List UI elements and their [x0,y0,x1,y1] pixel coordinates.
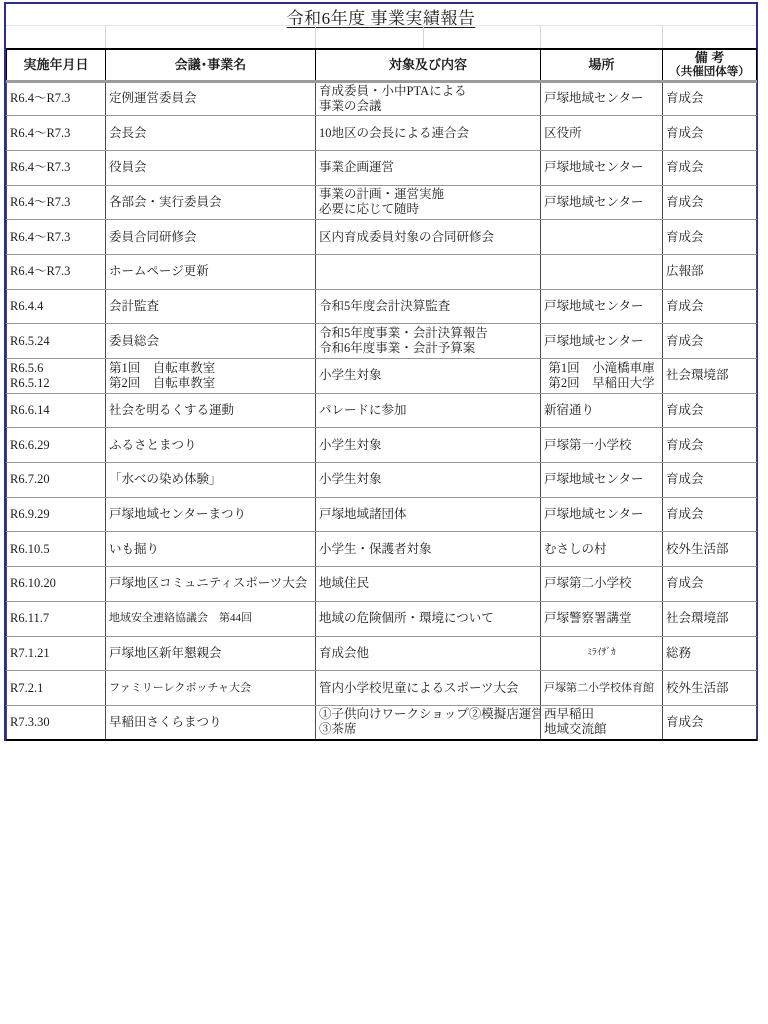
cell-line: 委員総会 [109,334,312,349]
spacer-row [6,25,756,48]
cell-name: 委員総会 [106,324,316,359]
table-row: R7.3.30早稲田さくらまつり①子供向けワークショップ②模擬店運営③茶席西早稲… [7,705,757,740]
cell-date: R6.6.29 [7,428,106,463]
cell-line: 育成会 [666,438,753,453]
cell-line: 令和6年度事業・会計予算案 [319,341,537,356]
cell-line: 新宿通り [544,403,659,418]
table-body: R6.4～R7.3定例運営委員会育成委員・小中PTAによる事業の会議戸塚地域セン… [7,81,757,740]
cell-line: むさしの村 [544,542,659,557]
table-row: R6.10.5いも掘り小学生・保護者対象むさしの村校外生活部 [7,532,757,567]
cell-line: 第1回 小滝橋車庫 [544,361,659,376]
table-row: R7.2.1ファミリーレクボッチャ大会管内小学校児童によるスポーツ大会戸塚第二小… [7,671,757,706]
cell-remarks: 育成会 [663,150,757,185]
cell-remarks: 校外生活部 [663,532,757,567]
cell-line: 戸塚地域センターまつり [109,507,312,522]
cell-remarks: 育成会 [663,428,757,463]
cell-line: 各部会・実行委員会 [109,195,312,210]
cell-line: 地域の危険個所・環境について [319,611,537,626]
header-place: 場所 [541,49,663,81]
cell-line: 社会環境部 [666,611,753,626]
cell-line: 育成会他 [319,646,537,661]
cell-line: R6.4.4 [10,299,102,314]
cell-line: 戸塚地域センター [544,91,659,106]
cell-date: R6.4～R7.3 [7,116,106,151]
cell-content: 小学生対象 [316,463,541,498]
cell-line: 会長会 [109,126,312,141]
cell-content: 戸塚地域諸団体 [316,497,541,532]
header-date: 実施年月日 [7,49,106,81]
cell-line: 戸塚警察署講堂 [544,611,659,626]
cell-remarks: 育成会 [663,463,757,498]
cell-line: 定例運営委員会 [109,91,312,106]
table-row: R6.4～R7.3各部会・実行委員会事業の計画・運営実施必要に応じて随時戸塚地域… [7,185,757,220]
cell-line: 育成会 [666,160,753,175]
cell-line: ふるさとまつり [109,438,312,453]
cell-place: 戸塚第二小学校体育館 [541,671,663,706]
cell-name: 第1回 自転車教室第2回 自転車教室 [106,359,316,394]
cell-line: 育成会 [666,507,753,522]
cell-content: 10地区の会長による連合会 [316,116,541,151]
cell-remarks: 総務 [663,636,757,671]
cell-line: R7.1.21 [10,646,102,661]
cell-line: ﾐﾗｲｻﾞｶ [544,646,659,661]
table-row: R6.4～R7.3定例運営委員会育成委員・小中PTAによる事業の会議戸塚地域セン… [7,81,757,116]
cell-line: 育成会 [666,126,753,141]
cell-line: R6.4～R7.3 [10,230,102,245]
cell-date: R6.4～R7.3 [7,185,106,220]
cell-line: ファミリーレクボッチャ大会 [109,681,312,696]
cell-name: 戸塚地域センターまつり [106,497,316,532]
cell-line: ③茶席 [319,722,537,737]
cell-place: 区役所 [541,116,663,151]
cell-place: 戸塚地域センター [541,324,663,359]
cell-line: R6.4～R7.3 [10,195,102,210]
cell-line: R6.5.6 [10,361,102,376]
cell-content [316,254,541,289]
cell-place: 戸塚地域センター [541,497,663,532]
cell-line: R6.10.5 [10,542,102,557]
cell-line: 育成会 [666,472,753,487]
table-row: R6.4～R7.3役員会事業企画運営戸塚地域センター育成会 [7,150,757,185]
cell-remarks: 育成会 [663,497,757,532]
cell-line: 第1回 自転車教室 [109,361,312,376]
cell-line: 早稲田さくらまつり [109,715,312,730]
cell-name: 定例運営委員会 [106,81,316,116]
cell-date: R6.4～R7.3 [7,150,106,185]
cell-line: 区役所 [544,126,659,141]
cell-name: ファミリーレクボッチャ大会 [106,671,316,706]
cell-remarks: 育成会 [663,81,757,116]
cell-date: R6.7.20 [7,463,106,498]
cell-date: R6.10.20 [7,567,106,602]
cell-content: 令和5年度会計決算監査 [316,289,541,324]
cell-remarks: 育成会 [663,324,757,359]
cell-name: 会長会 [106,116,316,151]
cell-content: パレードに参加 [316,393,541,428]
cell-line: 「水べの染め体験」 [109,472,312,487]
cell-line: 令和5年度会計決算監査 [319,299,537,314]
cell-line: 役員会 [109,160,312,175]
cell-line: 戸塚第二小学校 [544,576,659,591]
header-name: 会議･事業名 [106,49,316,81]
cell-name: 社会を明るくする運動 [106,393,316,428]
cell-line: 戸塚第二小学校体育館 [544,681,659,696]
cell-line: いも掘り [109,542,312,557]
table-row: R6.4.4会計監査令和5年度会計決算監査戸塚地域センター育成会 [7,289,757,324]
cell-line: 事業の会議 [319,99,537,114]
cell-line: R6.4～R7.3 [10,126,102,141]
cell-line: 戸塚地域センター [544,299,659,314]
cell-place: 戸塚地域センター [541,81,663,116]
cell-remarks: 社会環境部 [663,359,757,394]
cell-remarks: 校外生活部 [663,671,757,706]
cell-line: 委員合同研修会 [109,230,312,245]
cell-line: 戸塚地域センター [544,195,659,210]
cell-line: 育成会 [666,230,753,245]
cell-place: 戸塚地域センター [541,185,663,220]
cell-line: 必要に応じて随時 [319,202,537,217]
cell-line: 会計監査 [109,299,312,314]
table-row: R6.4～R7.3ホームページ更新広報部 [7,254,757,289]
cell-date: R6.4～R7.3 [7,254,106,289]
cell-name: ふるさとまつり [106,428,316,463]
cell-line: R6.4～R7.3 [10,264,102,279]
cell-line: 戸塚地区コミュニティスポーツ大会 [109,576,312,591]
cell-remarks: 育成会 [663,185,757,220]
cell-date: R6.9.29 [7,497,106,532]
cell-content: 事業企画運営 [316,150,541,185]
cell-line: R6.11.7 [10,611,102,626]
cell-line: 小学生対象 [319,368,537,383]
cell-line: 地域安全連絡協議会 第44回 [109,611,312,626]
cell-line: 戸塚地域センター [544,334,659,349]
cell-remarks: 育成会 [663,289,757,324]
header-remarks-line2: （共催団体等） [663,65,756,79]
cell-content: 地域の危険個所・環境について [316,601,541,636]
cell-content: 小学生対象 [316,428,541,463]
cell-line: R7.3.30 [10,715,102,730]
cell-line: R6.6.29 [10,438,102,453]
cell-content: 事業の計画・運営実施必要に応じて随時 [316,185,541,220]
spacer-grid-line [423,26,424,48]
cell-place [541,220,663,255]
cell-remarks: 育成会 [663,220,757,255]
cell-line: 戸塚地域センター [544,160,659,175]
cell-line: 総務 [666,646,753,661]
spacer-grid-line [662,26,663,48]
cell-line: 育成会 [666,403,753,418]
cell-line: R6.5.24 [10,334,102,349]
cell-line: 校外生活部 [666,681,753,696]
cell-place: 戸塚第二小学校 [541,567,663,602]
cell-line: ホームページ更新 [109,264,312,279]
cell-content: 令和5年度事業・会計決算報告令和6年度事業・会計予算案 [316,324,541,359]
header-remarks: 備 考 （共催団体等） [663,49,757,81]
cell-line: R6.6.14 [10,403,102,418]
cell-place: 戸塚地域センター [541,150,663,185]
cell-name: ホームページ更新 [106,254,316,289]
cell-line: 西早稲田 [544,707,659,722]
cell-line: 戸塚地域センター [544,472,659,487]
cell-content: 地域住民 [316,567,541,602]
cell-line: 広報部 [666,264,753,279]
cell-line: 戸塚地区新年懇親会 [109,646,312,661]
cell-line: 戸塚第一小学校 [544,438,659,453]
spacer-grid-line [315,26,316,48]
cell-line: R6.9.29 [10,507,102,522]
spacer-grid-line [540,26,541,48]
cell-remarks: 広報部 [663,254,757,289]
report-sheet: 令和6年度 事業実績報告 実施年月日 会議･事業名 対象及び内容 場所 備 考 … [4,2,758,741]
table-row: R6.10.20戸塚地区コミュニティスポーツ大会地域住民戸塚第二小学校育成会 [7,567,757,602]
cell-line: 育成会 [666,715,753,730]
table-row: R6.5.24委員総会令和5年度事業・会計決算報告令和6年度事業・会計予算案戸塚… [7,324,757,359]
cell-date: R6.4～R7.3 [7,220,106,255]
cell-line: R6.5.12 [10,376,102,391]
cell-line: 10地区の会長による連合会 [319,126,537,141]
cell-place: ﾐﾗｲｻﾞｶ [541,636,663,671]
cell-date: R7.2.1 [7,671,106,706]
cell-date: R6.4.4 [7,289,106,324]
cell-line: 育成会 [666,334,753,349]
cell-line: 管内小学校児童によるスポーツ大会 [319,681,537,696]
cell-line: 社会環境部 [666,368,753,383]
cell-name: 戸塚地区コミュニティスポーツ大会 [106,567,316,602]
cell-line: R6.7.20 [10,472,102,487]
table-row: R6.11.7地域安全連絡協議会 第44回地域の危険個所・環境について戸塚警察署… [7,601,757,636]
cell-line: R6.4～R7.3 [10,160,102,175]
cell-place: 戸塚地域センター [541,463,663,498]
cell-content: ①子供向けワークショップ②模擬店運営③茶席 [316,705,541,740]
cell-remarks: 育成会 [663,567,757,602]
cell-name: 地域安全連絡協議会 第44回 [106,601,316,636]
cell-date: R6.4～R7.3 [7,81,106,116]
cell-name: 委員合同研修会 [106,220,316,255]
cell-content: 区内育成委員対象の合同研修会 [316,220,541,255]
table-row: R6.4～R7.3委員合同研修会区内育成委員対象の合同研修会育成会 [7,220,757,255]
cell-name: 「水べの染め体験」 [106,463,316,498]
table-row: R6.6.14社会を明るくする運動パレードに参加新宿通り育成会 [7,393,757,428]
cell-line: 事業企画運営 [319,160,537,175]
cell-date: R7.3.30 [7,705,106,740]
cell-line: 小学生対象 [319,438,537,453]
cell-line: 第2回 早稲田大学 [544,376,659,391]
cell-name: 各部会・実行委員会 [106,185,316,220]
header-row: 実施年月日 会議･事業名 対象及び内容 場所 備 考 （共催団体等） [7,49,757,81]
spacer-grid-line [105,26,106,48]
cell-line: 校外生活部 [666,542,753,557]
cell-line: 育成会 [666,91,753,106]
cell-line: 小学生対象 [319,472,537,487]
cell-content: 育成委員・小中PTAによる事業の会議 [316,81,541,116]
cell-place [541,254,663,289]
table-row: R6.9.29戸塚地域センターまつり戸塚地域諸団体戸塚地域センター育成会 [7,497,757,532]
cell-date: R6.5.24 [7,324,106,359]
cell-name: 会計監査 [106,289,316,324]
table-row: R6.7.20「水べの染め体験」小学生対象戸塚地域センター育成会 [7,463,757,498]
table-row: R6.4～R7.3会長会10地区の会長による連合会区役所育成会 [7,116,757,151]
cell-line: 育成委員・小中PTAによる [319,84,537,99]
cell-name: いも掘り [106,532,316,567]
table-row: R6.6.29ふるさとまつり小学生対象戸塚第一小学校育成会 [7,428,757,463]
cell-name: 役員会 [106,150,316,185]
document-page: { "colors": { "frame": "#2b2b99", "heade… [0,0,768,1024]
cell-content: 育成会他 [316,636,541,671]
cell-date: R6.5.6R6.5.12 [7,359,106,394]
cell-line: R7.2.1 [10,681,102,696]
cell-date: R7.1.21 [7,636,106,671]
cell-line: 戸塚地域諸団体 [319,507,537,522]
cell-line: 小学生・保護者対象 [319,542,537,557]
cell-line: 社会を明るくする運動 [109,403,312,418]
cell-place: 戸塚地域センター [541,289,663,324]
table-row: R6.5.6R6.5.12第1回 自転車教室第2回 自転車教室小学生対象第1回 … [7,359,757,394]
cell-content: 管内小学校児童によるスポーツ大会 [316,671,541,706]
cell-date: R6.11.7 [7,601,106,636]
cell-line: 令和5年度事業・会計決算報告 [319,326,537,341]
cell-date: R6.10.5 [7,532,106,567]
cell-line: 地域交流館 [544,722,659,737]
cell-remarks: 育成会 [663,705,757,740]
cell-name: 早稲田さくらまつり [106,705,316,740]
cell-place: 西早稲田地域交流館 [541,705,663,740]
cell-line: パレードに参加 [319,403,537,418]
cell-name: 戸塚地区新年懇親会 [106,636,316,671]
cell-place: 第1回 小滝橋車庫第2回 早稲田大学 [541,359,663,394]
cell-line: R6.10.20 [10,576,102,591]
cell-line: 戸塚地域センター [544,507,659,522]
cell-place: 新宿通り [541,393,663,428]
cell-remarks: 育成会 [663,116,757,151]
cell-line: 育成会 [666,299,753,314]
cell-line: 育成会 [666,576,753,591]
cell-remarks: 社会環境部 [663,601,757,636]
cell-line: 地域住民 [319,576,537,591]
cell-line: 区内育成委員対象の合同研修会 [319,230,537,245]
table-row: R7.1.21戸塚地区新年懇親会育成会他ﾐﾗｲｻﾞｶ総務 [7,636,757,671]
cell-place: 戸塚第一小学校 [541,428,663,463]
cell-content: 小学生対象 [316,359,541,394]
cell-line: ①子供向けワークショップ②模擬店運営 [319,707,537,722]
cell-line: 事業の計画・運営実施 [319,187,537,202]
cell-line: 育成会 [666,195,753,210]
report-table: 実施年月日 会議･事業名 対象及び内容 場所 備 考 （共催団体等） R6.4～… [6,48,757,741]
cell-line: 第2回 自転車教室 [109,376,312,391]
cell-date: R6.6.14 [7,393,106,428]
cell-remarks: 育成会 [663,393,757,428]
cell-content: 小学生・保護者対象 [316,532,541,567]
table-header: 実施年月日 会議･事業名 対象及び内容 場所 備 考 （共催団体等） [7,49,757,81]
header-content: 対象及び内容 [316,49,541,81]
cell-line: R6.4～R7.3 [10,91,102,106]
cell-place: むさしの村 [541,532,663,567]
header-remarks-line1: 備 考 [663,51,756,65]
title-row: 令和6年度 事業実績報告 [6,4,756,25]
cell-place: 戸塚警察署講堂 [541,601,663,636]
